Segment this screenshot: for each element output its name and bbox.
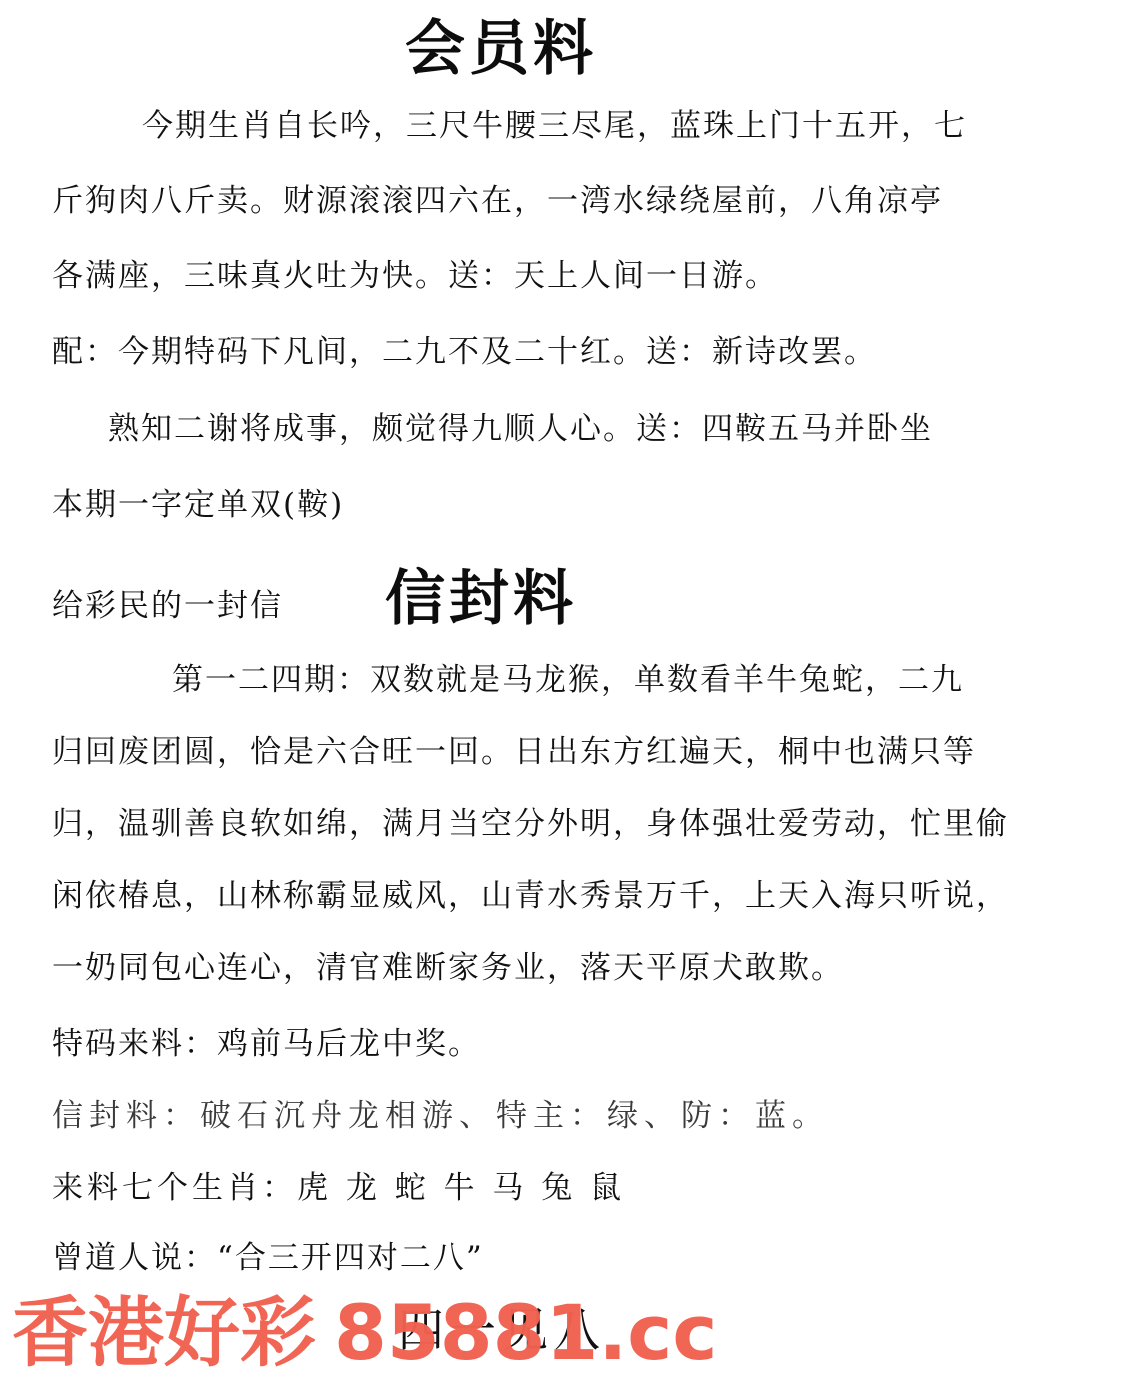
paragraph-line: 归回废团圆，恰是六合旺一回。日出东方红遍天，桐中也满只等 (52, 734, 976, 770)
note-special-code: 特码来料：鸡前马后龙中奖。 (52, 1026, 481, 1062)
paragraph-line: 斤狗肉八斤卖。财源滚滚四六在，一湾水绿绕屋前，八角凉亭 (52, 183, 943, 219)
section-title-member: 会员料 (405, 16, 597, 82)
watermark: 香港好彩85881.cc (12, 1290, 717, 1376)
section-subtitle-letter: 给彩民的一封信 (52, 588, 283, 624)
paragraph-line: 第一二四期：双数就是马龙猴，单数看羊牛兔蛇，二九 (172, 662, 964, 698)
note-seven-zodiacs: 来料七个生肖：虎 龙 蛇 牛 马 兔 鼠 (52, 1170, 625, 1206)
paragraph-line: 归，温驯善良软如绵，满月当空分外明，身体强壮爱劳动，忙里偷 (52, 806, 1009, 842)
paragraph-line: 配：今期特码下凡间，二九不及二十红。送：新诗改罢。 (52, 334, 877, 370)
paragraph-line: 一奶同包心连心，清官难断家务业，落天平原犬敢欺。 (52, 950, 844, 986)
watermark-url: 85881.cc (334, 1288, 717, 1377)
watermark-brand: 香港好彩 (12, 1288, 316, 1377)
note-zeng-daoren: 曾道人说：“合三开四对二八” (52, 1240, 484, 1276)
paragraph-line: 今期生肖自长吟，三尺牛腰三尽尾，蓝珠上门十五开，七 (142, 108, 967, 144)
paragraph-line: 本期一字定单双(鞍) (52, 487, 344, 523)
paragraph-line: 各满座，三味真火吐为快。送：天上人间一日游。 (52, 258, 778, 294)
paragraph-line: 闲依椿息，山林称霸显威风，山青水秀景万千，上天入海只听说， (52, 878, 1009, 914)
paragraph-line: 熟知二谢将成事，颇觉得九顺人心。送：四鞍五马并卧坐 (108, 411, 933, 447)
section-title-envelope: 信封料 (385, 566, 577, 632)
note-envelope: 信封料：破石沉舟龙相游、特主：绿、防：蓝。 (52, 1098, 829, 1134)
